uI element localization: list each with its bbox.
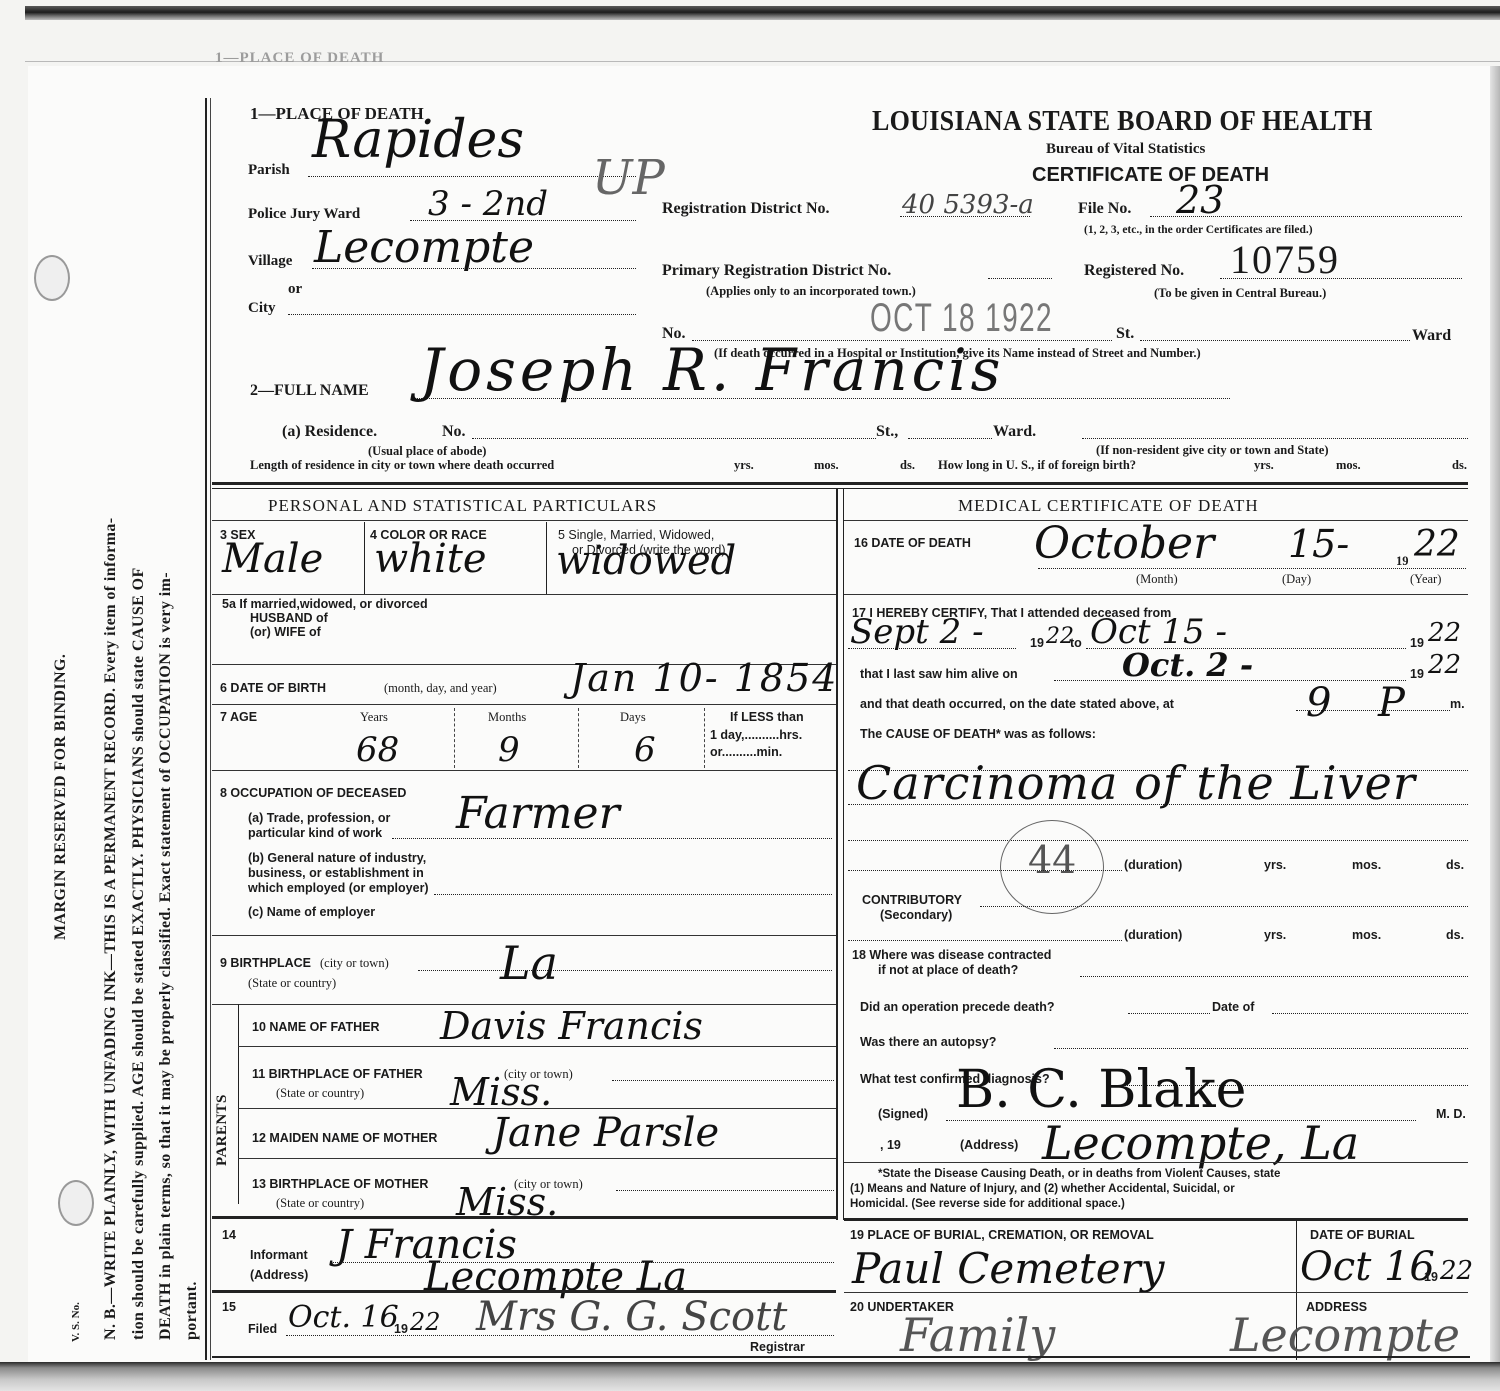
scan-bottom-edge — [0, 1362, 1500, 1391]
occupation-b-label-3: which employed (or employer) — [248, 881, 429, 895]
nonresident-line — [1082, 438, 1468, 439]
full-name-label: 2—FULL NAME — [250, 382, 369, 400]
death-time-hour[interactable]: 9 — [1306, 680, 1331, 726]
contracted-label-2: if not at place of death? — [878, 963, 1018, 977]
physician-address-label: (Address) — [960, 1138, 1018, 1152]
scan-right-edge — [1490, 66, 1500, 1366]
attended-from-year-prefix: 19 — [1030, 636, 1044, 650]
operation-date-label: Date of — [1212, 1000, 1254, 1014]
primary-district-line — [988, 278, 1052, 279]
mother-birthplace-line — [616, 1190, 834, 1191]
filed-label: Filed — [248, 1322, 277, 1336]
form-bottom-border — [212, 1356, 1470, 1358]
row-rule — [844, 1162, 1468, 1163]
date-of-death-label: 16 DATE OF DEATH — [854, 536, 971, 550]
operation-label: Did an operation precede death? — [860, 1000, 1054, 1014]
duration-mos-2: mos. — [1352, 928, 1381, 942]
binding-margin: MARGIN RESERVED FOR BINDING. N. B.—WRITE… — [40, 90, 205, 1360]
occupation-label: 8 OCCUPATION OF DECEASED — [220, 786, 406, 800]
secondary-label: (Secondary) — [880, 908, 952, 922]
classification-code: 44 — [1028, 838, 1076, 882]
age-years-value[interactable]: 68 — [356, 730, 399, 770]
form-border-left-inner — [210, 98, 211, 1360]
residence-ds-label: ds. — [900, 458, 915, 473]
ward-annotation: UP — [592, 150, 665, 206]
month-hint: (Month) — [1136, 572, 1178, 587]
age-label: 7 AGE — [220, 710, 257, 724]
margin-binding-note: MARGIN RESERVED FOR BINDING. — [52, 654, 70, 940]
age-days-value[interactable]: 6 — [634, 730, 656, 770]
city-label: City — [248, 300, 276, 317]
burial-date-label: DATE OF BURIAL — [1310, 1228, 1415, 1242]
occupation-b-line — [434, 894, 832, 895]
age-months-label: Months — [488, 710, 526, 725]
date-of-death-year[interactable]: 22 — [1414, 524, 1460, 565]
birthplace-value[interactable]: La — [500, 936, 558, 990]
scan-top-edge — [25, 6, 1500, 20]
occupation-b-label-2: business, or establishment in — [248, 866, 424, 880]
race-value[interactable]: white — [374, 536, 487, 582]
age-divider — [704, 708, 705, 768]
day-hint: (Day) — [1282, 572, 1311, 587]
residence-yrs-label: yrs. — [734, 458, 754, 473]
duration-yrs-2: yrs. — [1264, 928, 1286, 942]
last-saw-year[interactable]: 22 — [1428, 650, 1461, 680]
residence-no-label: No. — [442, 423, 466, 441]
birthplace-hint: (city or town) — [320, 956, 389, 971]
last-saw-value[interactable]: Oct. 2 - — [1122, 646, 1253, 684]
usual-abode-note: (Usual place of abode) — [368, 444, 486, 459]
less-than-label: If LESS than — [730, 710, 804, 724]
undertaker-address-value[interactable]: Lecompte — [1230, 1308, 1460, 1362]
filed-year-prefix: 19 — [394, 1322, 408, 1336]
foreign-mos-label: mos. — [1336, 458, 1361, 473]
length-of-residence-label: Length of residence in city or town wher… — [250, 458, 554, 473]
operation-line — [1128, 1013, 1210, 1014]
cause-of-death-value[interactable]: Carcinoma of the Liver — [856, 756, 1416, 810]
sex-value[interactable]: Male — [222, 536, 323, 582]
residence-no-line — [472, 438, 876, 439]
form-border-left — [205, 98, 207, 1360]
burial-place-value[interactable]: Paul Cemetery — [852, 1244, 1164, 1293]
received-date-stamp: OCT 18 1922 — [870, 296, 1053, 341]
residence-ward-label: Ward. — [993, 423, 1036, 441]
village-value[interactable]: Lecompte — [314, 222, 534, 273]
registrar-signature[interactable]: Mrs G. G. Scott — [476, 1294, 787, 1340]
duration-label-2: (duration) — [1124, 928, 1182, 942]
registered-no-note: (To be given in Central Bureau.) — [1154, 286, 1326, 301]
burial-place-label: 19 PLACE OF BURIAL, CREMATION, OR REMOVA… — [850, 1228, 1154, 1242]
informant-label: Informant — [250, 1248, 308, 1262]
birthplace-line — [418, 970, 832, 971]
city-line — [288, 314, 636, 315]
bleed-through-heading: 1—PLACE OF DEATH — [215, 50, 384, 67]
occupation-value[interactable]: Farmer — [456, 788, 620, 839]
row-rule — [844, 594, 1468, 595]
duration-mos-1: mos. — [1352, 858, 1381, 872]
column-divider-inner — [843, 488, 844, 1220]
duration-line-2 — [848, 940, 1122, 941]
last-saw-label: that I last saw him alive on — [860, 667, 1018, 681]
foreign-yrs-label: yrs. — [1254, 458, 1274, 473]
street-label: St. — [1116, 325, 1134, 343]
spouse-label-2: HUSBAND of — [250, 611, 328, 625]
autopsy-label: Was there an autopsy? — [860, 1035, 996, 1049]
parents-column-divider — [238, 1004, 239, 1204]
certificate-title: CERTIFICATE OF DEATH — [1032, 164, 1269, 187]
punch-hole-top — [34, 255, 70, 301]
sex-race-divider — [364, 522, 365, 594]
autopsy-line — [1054, 1048, 1468, 1049]
personal-heading-rule — [212, 520, 836, 521]
cause-of-death-label: The CAUSE OF DEATH* was as follows: — [860, 727, 1096, 741]
margin-notice-line-3: DEATH in plain terms, so that it may be … — [157, 572, 175, 1340]
street-line — [1140, 340, 1410, 341]
race-marital-divider — [546, 522, 547, 594]
section-divider — [212, 482, 1468, 485]
residence-mos-label: mos. — [814, 458, 839, 473]
vs-number-label: V. S. No. — [70, 1302, 82, 1342]
informant-address-label: (Address) — [250, 1268, 308, 1282]
row-rule — [238, 1046, 836, 1047]
file-no-label: File No. — [1078, 200, 1131, 218]
birthplace-label: 9 BIRTHPLACE — [220, 956, 311, 970]
bureau-name: Bureau of Vital Statistics — [1046, 141, 1205, 158]
ward-value[interactable]: 3 - 2nd — [428, 184, 548, 224]
mother-name-label: 12 MAIDEN NAME OF MOTHER — [252, 1131, 437, 1145]
contributory-label: CONTRIBUTORY — [862, 893, 962, 907]
contracted-line — [1080, 976, 1468, 977]
row-rule-heavy — [212, 1290, 836, 1293]
registered-no-label: Registered No. — [1084, 262, 1184, 280]
age-divider — [454, 708, 455, 768]
residence-street-label: St., — [876, 423, 898, 441]
parish-value[interactable]: Rapides — [312, 110, 524, 170]
occupation-a-label-2: particular kind of work — [248, 826, 382, 840]
footnote-line-1: *State the Disease Causing Death, or in … — [878, 1168, 1280, 1180]
attended-to-year[interactable]: 22 — [1428, 618, 1461, 648]
burial-year-value[interactable]: 22 — [1440, 1256, 1473, 1286]
file-no-value[interactable]: 23 — [1176, 178, 1224, 222]
cause-line-3 — [848, 840, 1468, 841]
father-birthplace-label: 11 BIRTHPLACE OF FATHER — [252, 1067, 423, 1081]
ward-label: Ward — [1412, 327, 1451, 345]
less-than-hours: 1 day,..........hrs. — [710, 728, 802, 742]
date-of-death-year-prefix: 19 — [1396, 554, 1409, 569]
registration-district-value[interactable]: 40 5393-a — [902, 190, 1034, 220]
father-birthplace-state-hint: (State or country) — [276, 1086, 364, 1101]
less-than-minutes: or..........min. — [710, 745, 782, 759]
residence-label: (a) Residence. — [282, 423, 377, 441]
marital-value[interactable]: widowed — [556, 538, 736, 584]
occupation-a-label-1: (a) Trade, profession, or — [248, 811, 390, 825]
parish-line — [308, 176, 636, 177]
foreign-birth-label: How long in U. S., if of foreign birth? — [938, 458, 1136, 473]
row-rule — [238, 1108, 836, 1109]
father-name-label: 10 NAME OF FATHER — [252, 1020, 380, 1034]
primary-district-label: Primary Registration District No. — [662, 262, 891, 280]
contracted-label-1: 18 Where was disease contracted — [852, 948, 1051, 962]
margin-notice-line-1: N. B.—WRITE PLAINLY, WITH UNFADING INK—T… — [102, 518, 120, 1340]
dob-hint: (month, day, and year) — [384, 681, 497, 696]
row-rule — [238, 1158, 836, 1159]
row-rule — [844, 1292, 1468, 1293]
duration-yrs-1: yrs. — [1264, 858, 1286, 872]
footnote-line-3: Homicidal. (See reverse side for additio… — [850, 1198, 1125, 1210]
residence-street-line — [908, 438, 992, 439]
row-rule — [212, 770, 836, 771]
section-divider-inner — [212, 488, 1468, 489]
margin-notice-line-4: portant. — [183, 1281, 201, 1340]
contributory-line — [980, 906, 1468, 907]
burial-date-value[interactable]: Oct 16 — [1300, 1244, 1435, 1290]
or-label: or — [288, 281, 302, 298]
parish-label: Parish — [248, 162, 290, 179]
duration-line-1 — [848, 870, 1122, 871]
occupation-c-label: (c) Name of employer — [248, 905, 375, 919]
age-divider — [578, 708, 579, 768]
death-time-label: and that death occurred, on the date sta… — [860, 697, 1174, 711]
signed-year-label: , 19 — [880, 1138, 901, 1152]
registered-no-value[interactable]: 10759 — [1230, 236, 1340, 283]
last-saw-year-prefix: 19 — [1410, 667, 1424, 681]
death-time-m-label: m. — [1450, 697, 1465, 711]
duration-ds-1: ds. — [1446, 858, 1464, 872]
spouse-label-1: 5a If married,widowed, or divorced — [222, 597, 428, 611]
father-name-value[interactable]: Davis Francis — [440, 1004, 703, 1048]
registration-district-label: Registration District No. — [662, 200, 830, 218]
burial-year-prefix: 19 — [1424, 1270, 1438, 1284]
signed-label: (Signed) — [878, 1107, 928, 1121]
margin-notice-line-2: tion should be carefully supplied. AGE s… — [130, 567, 148, 1340]
parents-side-label: PARENTS — [214, 1094, 231, 1166]
spouse-label-3: (or) WIFE of — [250, 625, 321, 639]
father-birthplace-line — [612, 1080, 834, 1081]
mother-birthplace-label: 13 BIRTHPLACE OF MOTHER — [252, 1177, 428, 1191]
row-rule — [212, 594, 836, 595]
md-label: M. D. — [1436, 1107, 1466, 1121]
age-years-label: Years — [360, 710, 388, 725]
informant-number: 14 — [222, 1228, 236, 1242]
death-time-ampm[interactable]: P — [1378, 680, 1405, 726]
duration-ds-2: ds. — [1446, 928, 1464, 942]
filed-date-value[interactable]: Oct. 16 — [288, 1300, 399, 1335]
age-months-value[interactable]: 9 — [498, 730, 520, 770]
occupation-b-label-1: (b) General nature of industry, — [248, 851, 426, 865]
age-days-label: Days — [620, 710, 646, 725]
punch-hole-bottom — [58, 1180, 94, 1226]
registrar-label: Registrar — [750, 1340, 805, 1354]
form-title: LOUISIANA STATE BOARD OF HEALTH — [872, 106, 1373, 138]
village-label: Village — [248, 253, 292, 270]
mother-birthplace-state-hint: (State or country) — [276, 1196, 364, 1211]
column-divider — [836, 488, 838, 1220]
undertaker-value[interactable]: Family — [900, 1308, 1055, 1362]
attended-from-value[interactable]: Sept 2 - — [850, 612, 984, 652]
dob-value[interactable]: Jan 10- 1854 — [570, 656, 838, 700]
row-rule-heavy — [844, 1218, 1468, 1221]
attended-to-label: to — [1070, 636, 1082, 650]
row-rule — [212, 704, 836, 705]
physician-signature[interactable]: B. C. Blake — [956, 1060, 1246, 1120]
footnote-line-2: (1) Means and Nature of Injury, and (2) … — [850, 1183, 1235, 1195]
personal-heading: PERSONAL AND STATISTICAL PARTICULARS — [268, 496, 657, 516]
duration-label-1: (duration) — [1124, 858, 1182, 872]
foreign-ds-label: ds. — [1452, 458, 1467, 473]
date-of-death-day[interactable]: 15- — [1288, 522, 1349, 566]
attended-to-year-prefix: 19 — [1410, 636, 1424, 650]
mother-name-value[interactable]: Jane Parsle — [492, 1110, 719, 1156]
year-hint: (Year) — [1410, 572, 1441, 587]
medical-heading: MEDICAL CERTIFICATE OF DEATH — [958, 496, 1259, 516]
filed-number: 15 — [222, 1300, 236, 1314]
full-name-value[interactable]: Joseph R. Francis — [420, 336, 1004, 404]
filed-year-value[interactable]: 22 — [410, 1308, 441, 1336]
birthplace-state-hint: (State or country) — [248, 976, 336, 991]
file-no-note: (1, 2, 3, etc., in the order Certificate… — [1084, 224, 1313, 236]
police-jury-ward-label: Police Jury Ward — [248, 206, 360, 223]
date-of-death-month[interactable]: October — [1034, 518, 1214, 569]
nonresident-note: (If non-resident give city or town and S… — [1096, 443, 1329, 458]
dob-label: 6 DATE OF BIRTH — [220, 681, 326, 695]
row-rule-heavy — [212, 1216, 836, 1219]
operation-date-line — [1272, 1013, 1468, 1014]
